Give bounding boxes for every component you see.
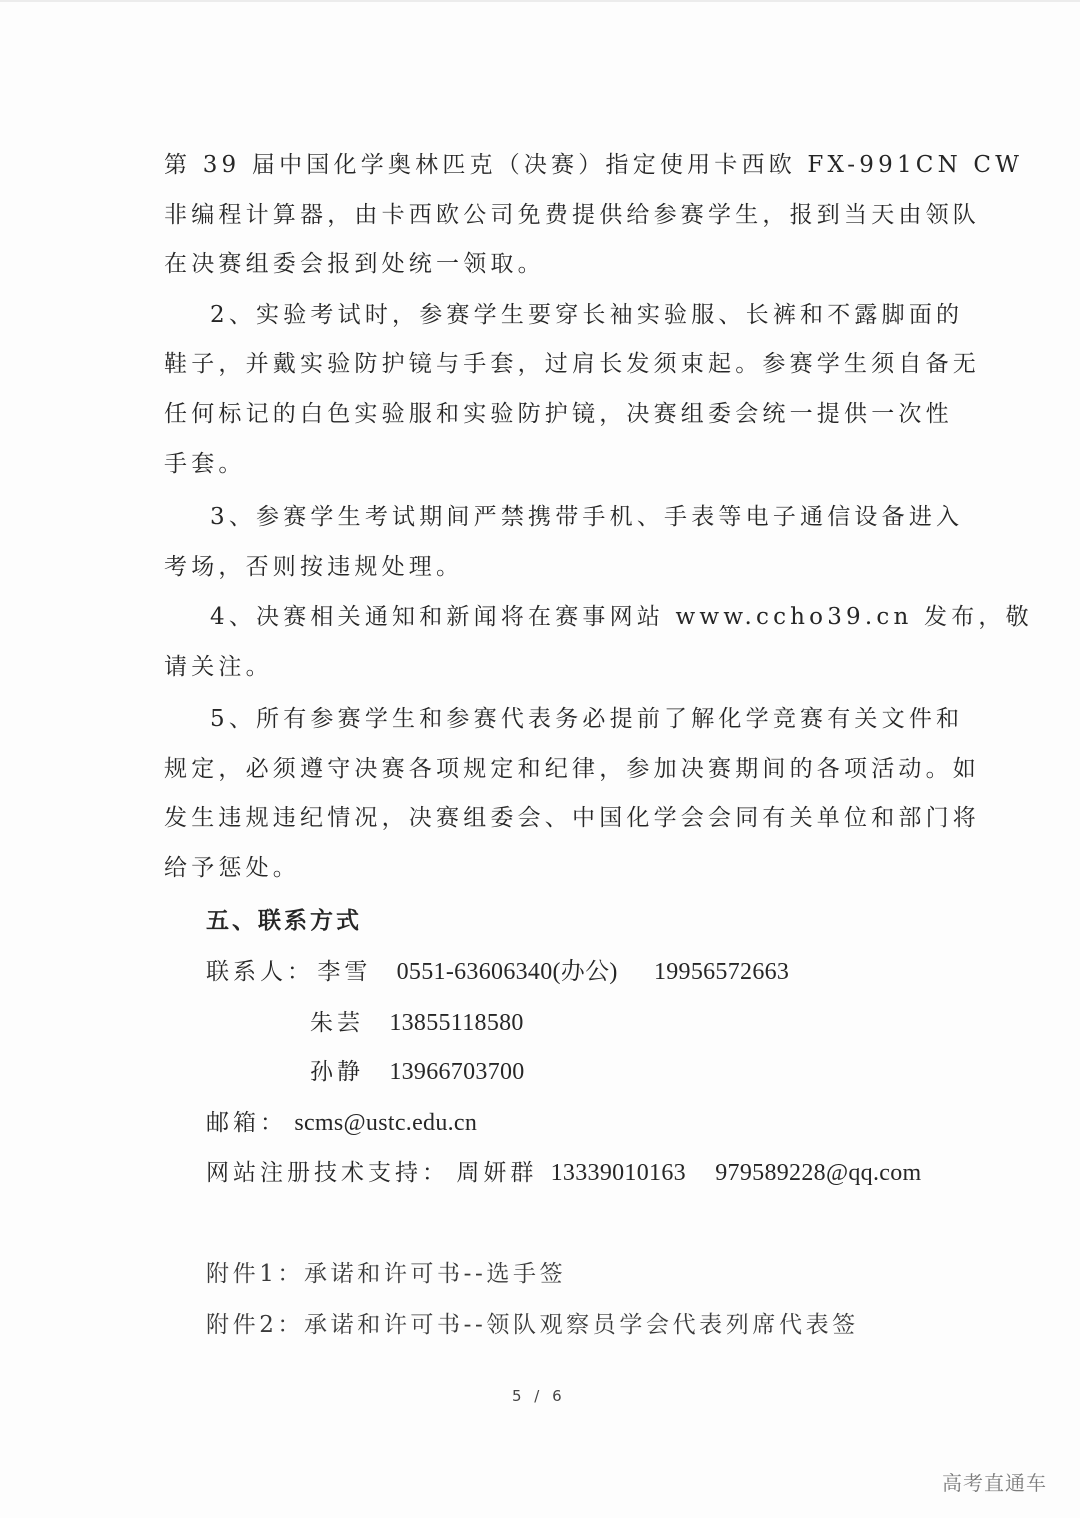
paragraph-1-line-2: 非编程计算器，由卡西欧公司免费提供给参赛学生，报到当天由领队 [164, 200, 980, 230]
rule-3-line-2: 考场，否则按违规处理。 [164, 552, 463, 582]
contacts-label: 联系人： [206, 957, 310, 987]
paragraph-1-line-1: 第 39 届中国化学奥林匹克（决赛）指定使用卡西欧 FX-991CN CW [164, 150, 1023, 180]
rule-2-line-3: 任何标记的白色实验服和实验防护镜，决赛组委会统一提供一次性 [164, 399, 953, 429]
page-number: 5 / 6 [512, 1387, 566, 1405]
attachment-2: 附件2：承诺和许可书--领队观察员学会代表列席代表签 [206, 1310, 859, 1340]
rule-5-line-4: 给予惩处。 [164, 853, 300, 883]
contact-name: 朱芸 [310, 1008, 382, 1038]
rule-5-line-2: 规定，必须遵守决赛各项规定和纪律，参加决赛期间的各项活动。如 [164, 754, 980, 784]
attachment-1: 附件1：承诺和许可书--选手签 [206, 1259, 566, 1289]
rule-3-line-1: 3、参赛学生考试期间严禁携带手机、手表等电子通信设备进入 [210, 502, 963, 532]
email-row: 邮箱： scms@ustc.edu.cn [206, 1108, 477, 1138]
rule-2-line-2: 鞋子，并戴实验防护镜与手套，过肩长发须束起。参赛学生须自备无 [164, 349, 980, 379]
watermark: 高考直通车 [942, 1467, 1047, 1496]
contact-name: 李雪 [317, 957, 389, 987]
rule-5-line-1: 5、所有参赛学生和参赛代表务必提前了解化学竞赛有关文件和 [210, 704, 963, 734]
email-label: 邮箱： [206, 1108, 287, 1138]
contact-mobile: 13966703700 [389, 1057, 524, 1087]
email-address: scms@ustc.edu.cn [294, 1108, 477, 1138]
contact-office-phone: 0551-63606340(办公) [397, 957, 647, 987]
contact-row-1: 联系人： 李雪 0551-63606340(办公) 19956572663 [206, 957, 789, 987]
section-heading-contact: 五、联系方式 [206, 906, 362, 936]
rule-4-line-2: 请关注。 [164, 652, 273, 682]
tech-support-row: 网站注册技术支持： 周妍群 13339010163 979589228@qq.c… [206, 1158, 921, 1188]
tech-support-name: 周妍群 [456, 1158, 537, 1188]
rule-5-line-3: 发生违规违纪情况，决赛组委会、中国化学会会同有关单位和部门将 [164, 803, 980, 833]
contact-row-3: 孙静 13966703700 [310, 1057, 525, 1087]
contact-mobile: 13855118580 [389, 1008, 523, 1038]
rule-2-line-4: 手套。 [164, 449, 246, 479]
contact-mobile: 19956572663 [654, 957, 789, 987]
tech-support-label: 网站注册技术支持： [206, 1158, 449, 1188]
tech-support-email: 979589228@qq.com [715, 1158, 921, 1188]
contact-name: 孙静 [310, 1057, 382, 1087]
rule-2-line-1: 2、实验考试时，参赛学生要穿长袖实验服、长裤和不露脚面的 [210, 300, 963, 330]
rule-4-line-1: 4、决赛相关通知和新闻将在赛事网站 www.ccho39.cn 发布，敬 [210, 602, 1033, 632]
contact-row-2: 朱芸 13855118580 [310, 1008, 524, 1038]
paragraph-1-line-3: 在决赛组委会报到处统一领取。 [164, 249, 545, 279]
tech-support-phone: 13339010163 [551, 1158, 686, 1188]
document-page: 第 39 届中国化学奥林匹克（决赛）指定使用卡西欧 FX-991CN CW 非编… [0, 0, 1080, 1518]
